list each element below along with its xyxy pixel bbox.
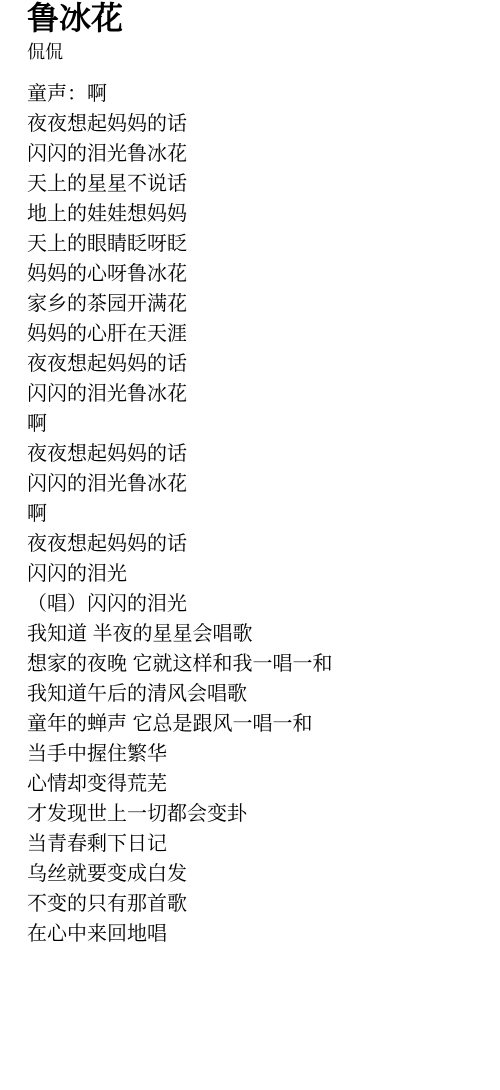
lyric-line: 地上的娃娃想妈妈 [27,199,480,229]
lyric-line: 当手中握住繁华 [27,739,480,769]
lyric-line: 闪闪的泪光 [27,559,480,589]
lyrics-body: 童声：啊夜夜想起妈妈的话闪闪的泪光鲁冰花天上的星星不说话地上的娃娃想妈妈天上的眼… [27,79,480,949]
lyric-line: 啊 [27,409,480,439]
lyric-line: 妈妈的心肝在天涯 [27,319,480,349]
lyric-line: 想家的夜晚 它就这样和我一唱一和 [27,649,480,679]
lyric-line: 啊 [27,499,480,529]
lyric-line: 闪闪的泪光鲁冰花 [27,469,480,499]
song-title: 鲁冰花 [27,0,480,36]
lyric-line: 夜夜想起妈妈的话 [27,529,480,559]
lyric-line: 我知道午后的清风会唱歌 [27,679,480,709]
lyric-line: 心情却变得荒芜 [27,769,480,799]
lyric-line: 夜夜想起妈妈的话 [27,109,480,139]
lyric-line: 妈妈的心呀鲁冰花 [27,259,480,289]
lyric-line: 才发现世上一切都会变卦 [27,799,480,829]
lyric-line: 天上的星星不说话 [27,169,480,199]
lyric-line: 不变的只有那首歌 [27,889,480,919]
lyric-line: 天上的眼睛眨呀眨 [27,229,480,259]
lyric-line: 当青春剩下日记 [27,829,480,859]
lyric-line: 童声：啊 [27,79,480,109]
lyric-line: 在心中来回地唱 [27,919,480,949]
artist-name: 侃侃 [27,40,480,65]
lyric-line: 夜夜想起妈妈的话 [27,349,480,379]
lyric-line: 我知道 半夜的星星会唱歌 [27,619,480,649]
lyric-line: 闪闪的泪光鲁冰花 [27,139,480,169]
lyric-line: 夜夜想起妈妈的话 [27,439,480,469]
lyric-line: （唱）闪闪的泪光 [27,589,480,619]
lyric-line: 乌丝就要变成白发 [27,859,480,889]
lyric-line: 闪闪的泪光鲁冰花 [27,379,480,409]
lyric-line: 家乡的茶园开满花 [27,289,480,319]
lyric-line: 童年的蝉声 它总是跟风一唱一和 [27,709,480,739]
lyrics-page: 鲁冰花 侃侃 童声：啊夜夜想起妈妈的话闪闪的泪光鲁冰花天上的星星不说话地上的娃娃… [0,0,500,949]
